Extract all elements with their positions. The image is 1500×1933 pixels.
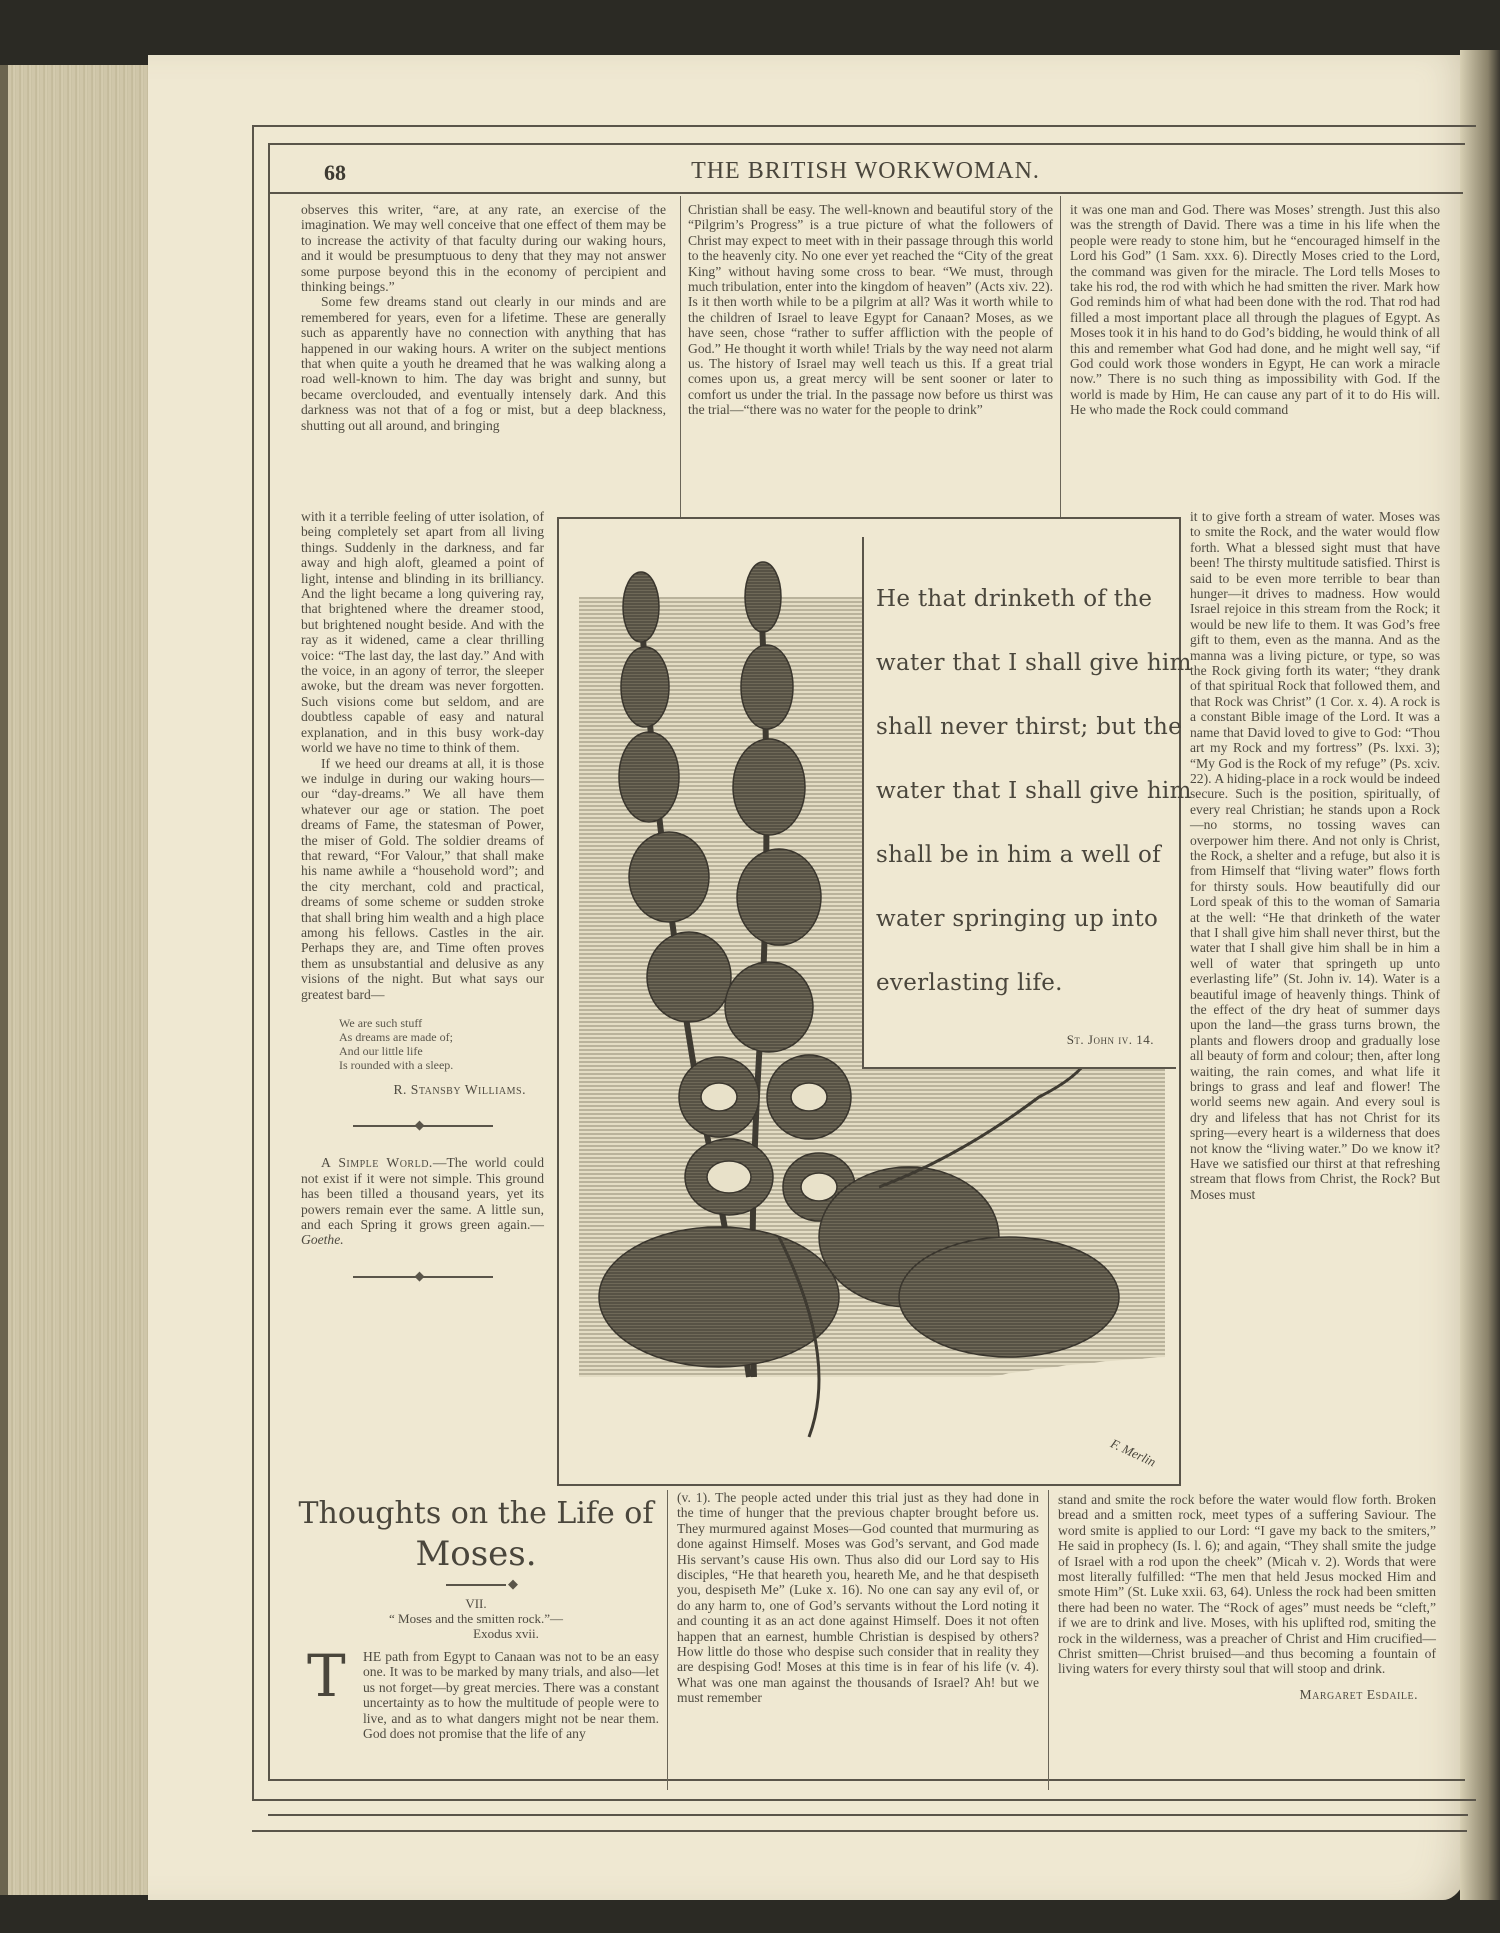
paragraph: with it a terrible feeling of utter isol…: [301, 509, 544, 756]
ornamental-divider: [353, 1270, 493, 1284]
column-2-top: Christian shall be easy. The well-known …: [688, 202, 1053, 418]
column-1-top: observes this writer, “are, at any rate,…: [301, 202, 666, 433]
column-3-top: it was one man and God. There was Moses’…: [1070, 202, 1440, 418]
verse-reference: St. John iv. 14.: [1067, 1032, 1154, 1048]
bottom-rule: [268, 1814, 1468, 1816]
column-rule: [680, 196, 681, 518]
paragraph: If we heed our dreams at all, it is thos…: [301, 756, 544, 1003]
article-title: Thoughts on the Life of Moses.: [293, 1494, 659, 1574]
column-rule: [667, 1490, 668, 1790]
paragraph: it was one man and God. There was Moses’…: [1070, 202, 1440, 418]
poem-quote: We are such stuff As dreams are made of;…: [339, 1016, 544, 1072]
article-start: Thoughts on the Life of Moses. VII. “ Mo…: [293, 1490, 659, 1759]
author-signature: R. Stansby Williams.: [301, 1082, 526, 1097]
column-3-bottom: stand and smite the rock before the wate…: [1058, 1492, 1436, 1702]
column-3-narrow: it to give forth a stream of water. Mose…: [1190, 509, 1440, 1202]
book-page-edges: [0, 65, 151, 1895]
column-rule: [1060, 196, 1061, 518]
drop-cap-ornament: T: [293, 1649, 353, 1759]
paragraph: (v. 1). The people acted under this tria…: [677, 1490, 1039, 1706]
masthead: THE BRITISH WORKWOMAN.: [268, 158, 1463, 185]
ornamental-divider: [353, 1119, 493, 1133]
simple-world-paragraph: A Simple World.—The world could not exis…: [301, 1155, 544, 1247]
author-signature: Margaret Esdaile.: [1058, 1687, 1418, 1702]
article-number: VII.: [293, 1596, 659, 1611]
column-rule: [1048, 1490, 1049, 1790]
foxglove-illustration: He that drinketh of the water that I sha…: [557, 517, 1181, 1486]
article-subtitle: “ Moses and the smitten rock.”—: [293, 1611, 659, 1626]
article-reference: Exodus xvii.: [293, 1626, 659, 1641]
column-1-narrow: with it a terrible feeling of utter isol…: [301, 509, 544, 1306]
paragraph: Some few dreams stand out clearly in our…: [301, 294, 666, 433]
column-2-bottom: (v. 1). The people acted under this tria…: [677, 1490, 1039, 1706]
paragraph: observes this writer, “are, at any rate,…: [301, 202, 666, 294]
paragraph: stand and smite the rock before the wate…: [1058, 1492, 1436, 1677]
ornamental-divider: [446, 1578, 506, 1592]
opening-paragraph: THE path from Egypt to Canaan was not to…: [293, 1649, 659, 1741]
bottom-rule: [252, 1830, 1467, 1832]
scripture-verse: He that drinketh of the water that I sha…: [876, 567, 1166, 1015]
paragraph: it to give forth a stream of water. Mose…: [1190, 509, 1440, 1202]
scripture-verse-panel: He that drinketh of the water that I sha…: [862, 537, 1176, 1069]
page-header: 68 THE BRITISH WORKWOMAN.: [268, 150, 1463, 194]
paragraph: Christian shall be easy. The well-known …: [688, 202, 1053, 418]
